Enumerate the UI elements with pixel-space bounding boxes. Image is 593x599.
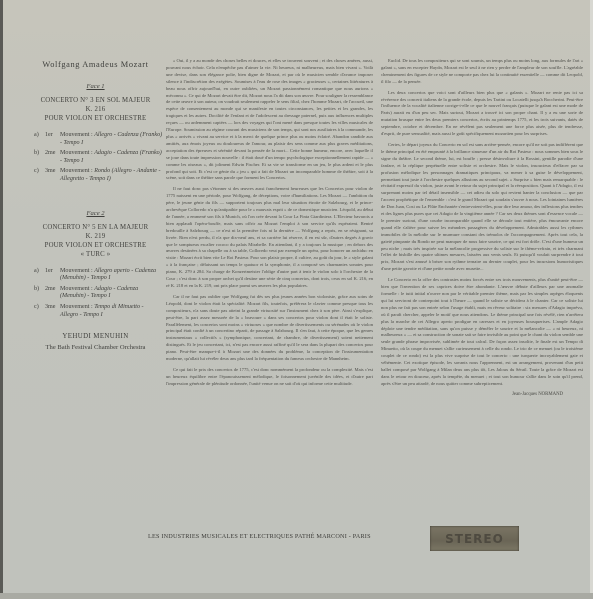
movement-index: b): [34, 286, 45, 301]
movement-number: 3me: [45, 168, 60, 183]
movement-text: Mouvement : Allegro aperto - Cadenza (Me…: [60, 268, 163, 283]
movement-text: Mouvement : Rondo (Allegro - Andante - A…: [60, 168, 163, 183]
movement-number: 1er: [45, 268, 60, 283]
liner-notes-paragraph: Les deux concertos que voici sont d'aill…: [381, 90, 583, 138]
liner-notes-paragraph: Ce qui fait le prix des concertos de 177…: [166, 367, 373, 388]
movement-label: Mouvement :: [60, 132, 93, 138]
movement-label: Mouvement :: [60, 286, 93, 292]
author-signature: Jean-Jacques NORMAND: [381, 392, 583, 399]
movement-item: c) 3me Mouvement : Rondo (Allegro - Anda…: [34, 168, 163, 183]
movement-index: a): [34, 132, 45, 147]
movement-label: Mouvement :: [60, 304, 93, 310]
movement-number: 3me: [45, 304, 60, 319]
work-title-line: POUR VIOLON ET ORCHESTRE: [28, 241, 163, 250]
movement-text: Mouvement : Allegro - Cadenza (Franko) -…: [60, 132, 163, 147]
side-1: Face 1 CONCERTO N° 3 EN SOL MAJEUR K. 21…: [28, 83, 163, 184]
movement-label: Mouvement :: [60, 150, 93, 156]
orchestra-name: The Bath Festival Chamber Orchestra: [28, 344, 163, 351]
sleeve-left-edge: [0, 0, 3, 599]
liner-notes-paragraph: « Oui, il y a au monde des choses belles…: [166, 58, 373, 182]
publisher-line: LES INDUSTRIES MUSICALES ET ELECTRIQUES …: [148, 533, 371, 540]
liner-notes-column-middle: « Oui, il y a au monde des choses belles…: [166, 58, 373, 392]
movement-index: a): [34, 268, 45, 283]
movement-number: 2me: [45, 150, 60, 165]
movement-item: a) 1er Mouvement : Allegro aperto - Cade…: [34, 268, 163, 283]
work-title-line: POUR VIOLON ET ORCHESTRE: [28, 114, 163, 123]
movement-item: c) 3me Mouvement : Tempo di Minuetto - A…: [34, 304, 163, 319]
liner-notes-paragraph: Euclid. De tous les compositeurs qui se …: [381, 58, 583, 86]
face-label: Face 2: [28, 210, 163, 217]
work-nickname: « TURC »: [28, 250, 163, 259]
movement-index: b): [34, 150, 45, 165]
composer-name: Wolfgang Amadeus Mozart: [28, 60, 163, 69]
movement-item: b) 2me Mouvement : Adagio - Cadenza (Men…: [34, 286, 163, 301]
liner-notes-paragraph: Certes, le départ joyeux du Concerto en …: [381, 142, 583, 273]
movement-number: 1er: [45, 132, 60, 147]
movement-list: a) 1er Mouvement : Allegro - Cadenza (Fr…: [34, 132, 163, 184]
sleeve-bottom-edge: [0, 593, 593, 599]
movement-index: c): [34, 168, 45, 183]
movement-text: Mouvement : Adagio - Cadenza (Franko) - …: [60, 150, 163, 165]
side-2: Face 2 CONCERTO N° 5 EN LA MAJEUR K. 219…: [28, 210, 163, 352]
movement-list: a) 1er Mouvement : Allegro aperto - Cade…: [34, 268, 163, 320]
liner-notes-paragraph: Car il ne faut pas oublier que Wolfgang …: [166, 294, 373, 363]
work-catalog-number: K. 216: [28, 105, 163, 114]
work-title-line: CONCERTO N° 5 EN LA MAJEUR: [28, 223, 163, 232]
movement-index: c): [34, 304, 45, 319]
movement-item: a) 1er Mouvement : Allegro - Cadenza (Fr…: [34, 132, 163, 147]
movement-number: 2me: [45, 286, 60, 301]
movement-label: Mouvement :: [60, 268, 93, 274]
work-title-line: CONCERTO N° 3 EN SOL MAJEUR: [28, 96, 163, 105]
work-catalog-number: K. 219: [28, 232, 163, 241]
movement-label: Mouvement :: [60, 168, 93, 174]
record-sleeve-back: Wolfgang Amadeus Mozart Face 1 CONCERTO …: [0, 0, 593, 599]
movement-text: Mouvement : Adagio - Cadenza (Menuhin) -…: [60, 286, 163, 301]
liner-notes-paragraph: Le Concerto en la offre des contrastes m…: [381, 277, 583, 388]
stereo-label: STEREO: [445, 532, 504, 546]
liner-notes-column-right: Euclid. De tous les compositeurs qui se …: [381, 58, 583, 399]
stereo-sticker: STEREO: [430, 526, 519, 551]
liner-notes-paragraph: Il ne faut donc pas s'étonner si des œuv…: [166, 186, 373, 290]
movement-item: b) 2me Mouvement : Adagio - Cadenza (Fra…: [34, 150, 163, 165]
soloist-name: YEHUDI MENUHIN: [28, 333, 163, 340]
face-label: Face 1: [28, 83, 163, 90]
track-listing: Wolfgang Amadeus Mozart Face 1 CONCERTO …: [28, 60, 163, 351]
movement-text: Mouvement : Tempo di Minuetto - Allegro …: [60, 304, 163, 319]
